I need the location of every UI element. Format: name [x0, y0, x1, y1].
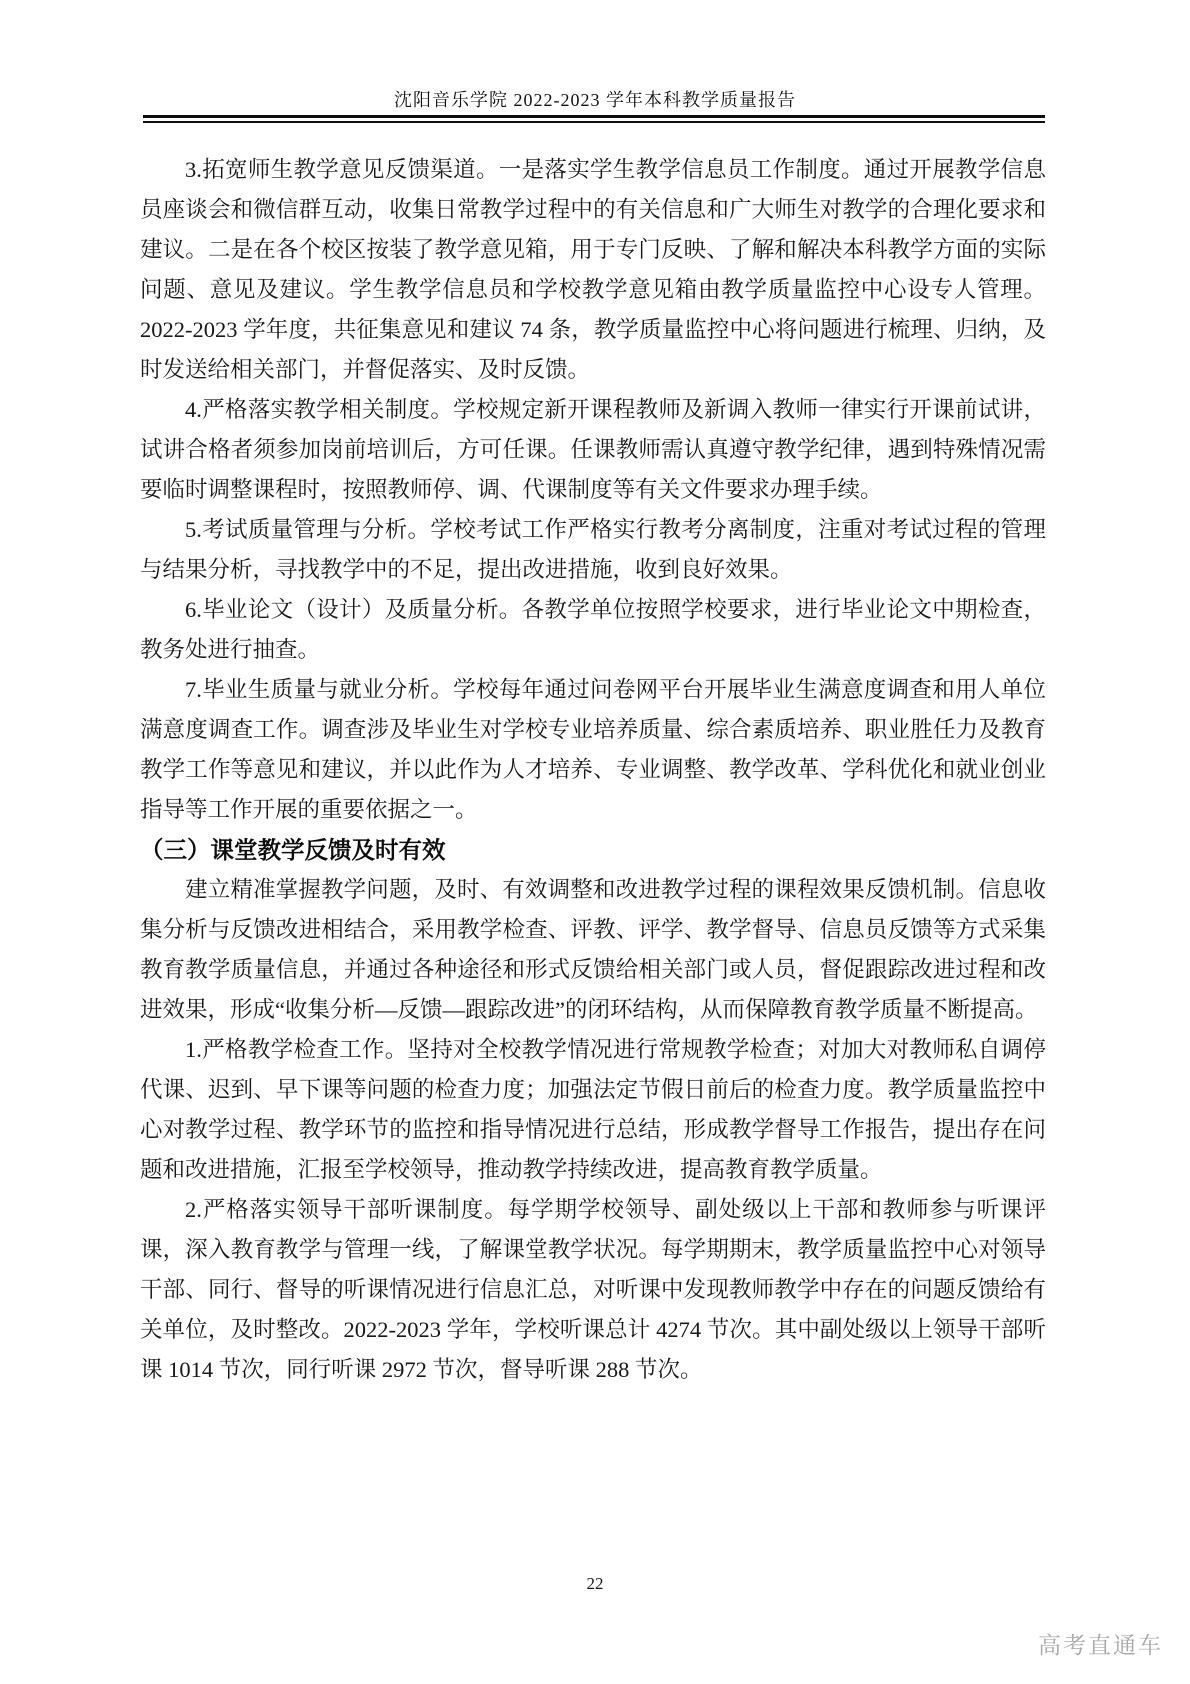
- paragraph-item-7: 7.毕业生质量与就业分析。学校每年通过问卷网平台开展毕业生满意度调查和用人单位满…: [140, 670, 1046, 830]
- section-heading: （三）课堂教学反馈及时有效: [140, 830, 1046, 870]
- paragraph-item-5: 5.考试质量管理与分析。学校考试工作严格实行教考分离制度，注重对考试过程的管理与…: [140, 510, 1046, 590]
- document-body: 3.拓宽师生教学意见反馈渠道。一是落实学生教学信息员工作制度。通过开展教学信息员…: [140, 150, 1046, 1390]
- paragraph-item-4: 4.严格落实教学相关制度。学校规定新开课程教师及新调入教师一律实行开课前试讲，试…: [140, 390, 1046, 510]
- document-page: 沈阳音乐学院 2022-2023 学年本科教学质量报告 3.拓宽师生教学意见反馈…: [0, 0, 1190, 1684]
- paragraph-item-2: 2.严格落实领导干部听课制度。每学期学校领导、副处级以上干部和教师参与听课评课，…: [140, 1190, 1046, 1390]
- running-head-title: 沈阳音乐学院 2022-2023 学年本科教学质量报告: [0, 86, 1190, 112]
- paragraph-item-3: 3.拓宽师生教学意见反馈渠道。一是落实学生教学信息员工作制度。通过开展教学信息员…: [140, 150, 1046, 390]
- paragraph-section-intro: 建立精准掌握教学问题，及时、有效调整和改进教学过程的课程效果反馈机制。信息收集分…: [140, 870, 1046, 1030]
- paragraph-item-1: 1.严格教学检查工作。坚持对全校教学情况进行常规教学检查；对加大对教师私自调停代…: [140, 1030, 1046, 1190]
- header-double-rule: [143, 115, 1045, 123]
- page-number: 22: [0, 1574, 1190, 1594]
- paragraph-item-6: 6.毕业论文（设计）及质量分析。各教学单位按照学校要求，进行毕业论文中期检查，教…: [140, 590, 1046, 670]
- watermark-label: 高考直通车: [1038, 1627, 1163, 1660]
